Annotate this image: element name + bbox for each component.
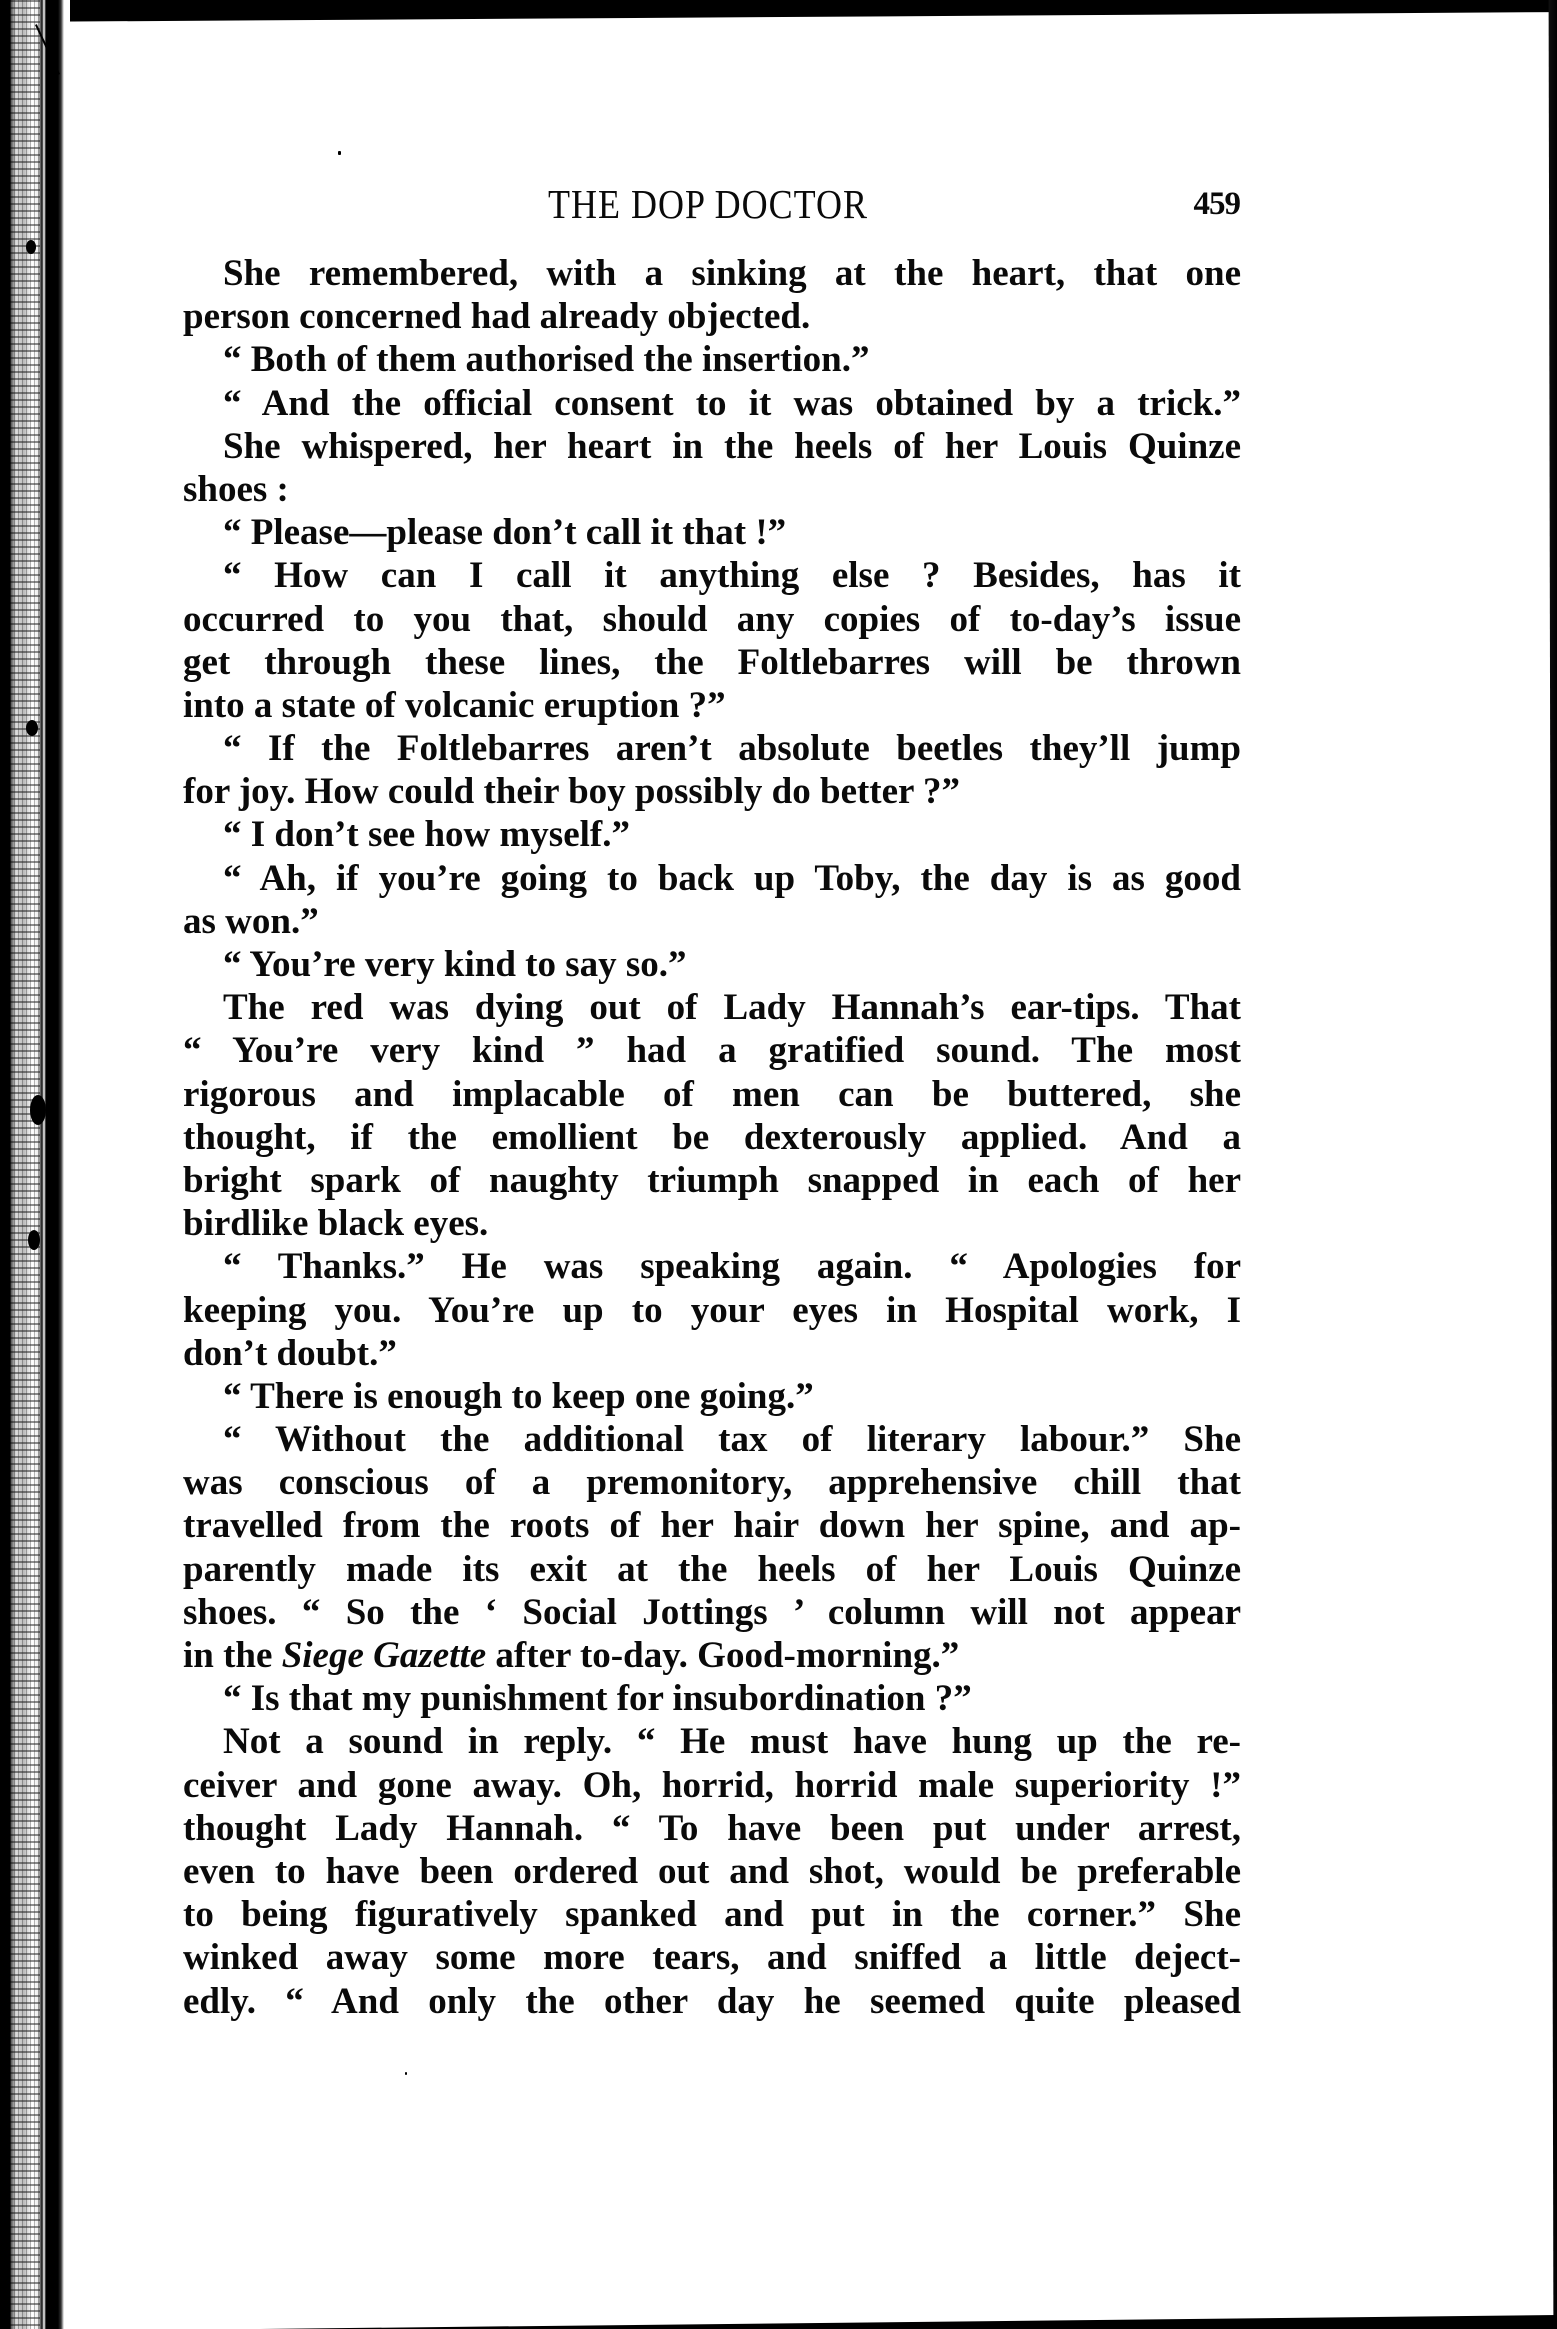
text-line: “ Please—please don’t call it that !” (183, 511, 1241, 554)
text-line: travelled from the roots of her hair dow… (183, 1504, 1241, 1547)
text-line: She whispered, her heart in the heels of… (183, 425, 1241, 468)
text-line: birdlike black eyes. (183, 1202, 1241, 1245)
text-line: “ Ah, if you’re going to back up Toby, t… (183, 857, 1241, 900)
text-line: don’t doubt.” (183, 1332, 1241, 1375)
text-line: “ Both of them authorised the insertion.… (183, 338, 1241, 381)
text-fragment: in the (183, 1635, 282, 1676)
text-line: get through these lines, the Foltlebarre… (183, 641, 1241, 684)
binding-stitch (26, 240, 36, 254)
text-line: occurred to you that, should any copies … (183, 598, 1241, 641)
text-line: keeping you. You’re up to your eyes in H… (183, 1289, 1241, 1332)
text-line: edly. “ And only the other day he seemed… (183, 1980, 1241, 2023)
text-line: to being figuratively spanked and put in… (183, 1893, 1241, 1936)
scan-top-edge (0, 0, 1557, 22)
scan-right-edge (1545, 0, 1557, 2329)
text-line: “ If the Foltlebarres aren’t absolute be… (183, 727, 1241, 770)
text-line: “ Without the additional tax of literary… (183, 1418, 1241, 1461)
text-line: for joy. How could their boy possibly do… (183, 770, 1241, 813)
running-head-title: THE DOP DOCTOR (510, 176, 906, 231)
text-line: person concerned had already objected. (183, 295, 1241, 338)
text-line: in the Siege Gazette after to-day. Good-… (183, 1634, 1241, 1677)
text-line: “ And the official consent to it was obt… (183, 382, 1241, 425)
text-line: “ You’re very kind to say so.” (183, 943, 1241, 986)
text-line: “ I don’t see how myself.” (183, 813, 1241, 856)
binding-texture (10, 0, 40, 2329)
text-line: “ You’re very kind ” had a gratified sou… (183, 1029, 1241, 1072)
text-line: bright spark of naughty triumph snapped … (183, 1159, 1241, 1202)
italic-title: Siege Gazette (282, 1635, 486, 1676)
text-line: shoes : (183, 468, 1241, 511)
scan-speck (338, 151, 341, 155)
text-line: as won.” (183, 900, 1241, 943)
text-line: She remembered, with a sinking at the he… (183, 252, 1241, 295)
text-line: The red was dying out of Lady Hannah’s e… (183, 986, 1241, 1029)
scan-speck (405, 2072, 407, 2075)
text-line: ceiver and gone away. Oh, horrid, horrid… (183, 1764, 1241, 1807)
binding-stitch (28, 1230, 40, 1250)
text-line: was conscious of a premonitory, apprehen… (183, 1461, 1241, 1504)
text-line: “ There is enough to keep one going.” (183, 1375, 1241, 1418)
page-body-text: She remembered, with a sinking at the he… (183, 252, 1241, 2023)
scan-bottom-edge (260, 2315, 1557, 2329)
text-line: “ Thanks.” He was speaking again. “ Apol… (183, 1245, 1241, 1288)
running-head: THE DOP DOCTOR 459 (183, 180, 1240, 228)
binding-stitch (26, 720, 38, 736)
text-fragment: after to-day. Good-morning.” (486, 1635, 959, 1676)
text-line: even to have been ordered out and shot, … (183, 1850, 1241, 1893)
text-line: “ How can I call it anything else ? Besi… (183, 554, 1241, 597)
text-line: into a state of volcanic eruption ?” (183, 684, 1241, 727)
text-line: rigorous and implacable of men can be bu… (183, 1073, 1241, 1116)
text-line: thought, if the emollient be dexterously… (183, 1116, 1241, 1159)
text-line: “ Is that my punishment for insubordinat… (183, 1677, 1241, 1720)
text-line: winked away some more tears, and sniffed… (183, 1936, 1241, 1979)
text-line: parently made its exit at the heels of h… (183, 1548, 1241, 1591)
page-number: 459 (1194, 180, 1241, 228)
binding-stitch (30, 1095, 46, 1125)
text-line: Not a sound in reply. “ He must have hun… (183, 1720, 1241, 1763)
text-line: thought Lady Hannah. “ To have been put … (183, 1807, 1241, 1850)
text-line: shoes. “ So the ‘ Social Jottings ’ colu… (183, 1591, 1241, 1634)
